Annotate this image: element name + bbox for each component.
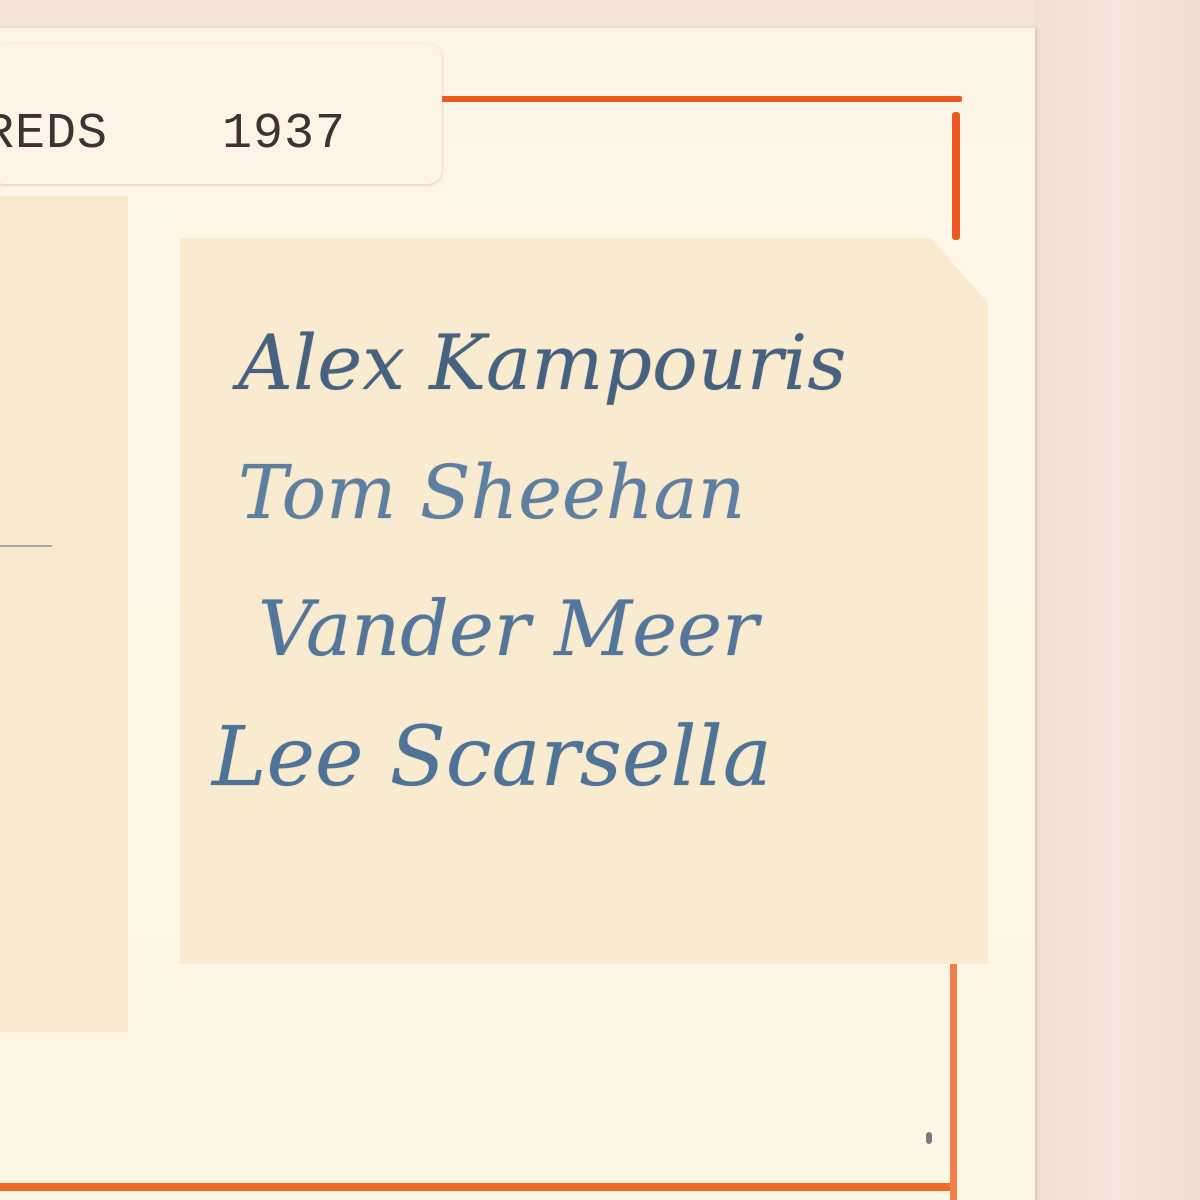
signature-4: Lee Scarsella (212, 710, 772, 805)
label-year: 1937 (222, 106, 346, 163)
signature-3: Vander Meer (258, 584, 758, 673)
signature-2: Tom Sheehan (238, 450, 745, 536)
orange-border-top (432, 96, 962, 102)
adjacent-paper-clipping (0, 196, 128, 1032)
ink-speck (926, 1132, 932, 1144)
background (1035, 0, 1200, 1200)
orange-border-right-upper (952, 112, 960, 240)
orange-border-bottom (0, 1183, 950, 1191)
ink-mark (0, 545, 52, 547)
typed-label: REDS 1937 (0, 44, 442, 184)
signature-1: Alex Kampouris (238, 318, 846, 407)
label-team: REDS (0, 106, 108, 163)
